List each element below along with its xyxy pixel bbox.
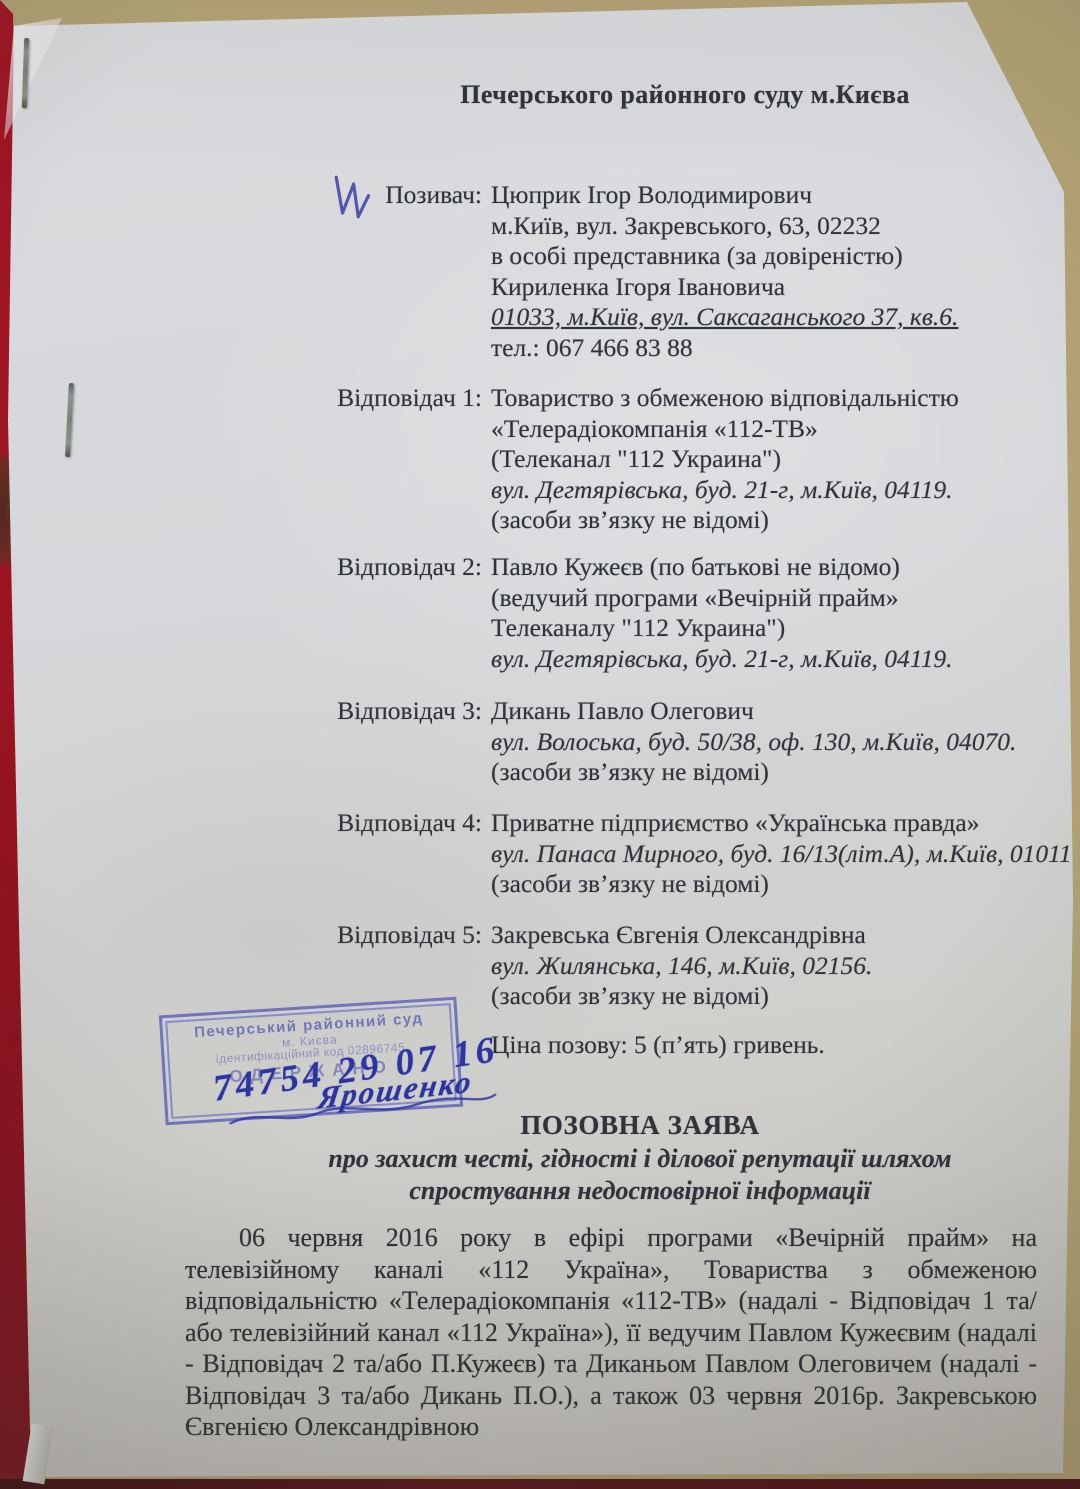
plaintiff-representative-name: Кириленка Ігоря Івановича xyxy=(491,272,1050,303)
body-paragraph: 06 червня 2016 року в ефірі програми «Ве… xyxy=(185,1222,1037,1443)
plaintiff-representative-address: 01033, м.Київ, вул. Саксаганського 37, к… xyxy=(491,302,1050,333)
defendant-1-name: Товариство з обмеженою відповідальністю xyxy=(491,383,1050,414)
defendant-4-label: Відповідач 4: xyxy=(330,808,491,900)
defendant-3-name: Дикань Павло Олегович xyxy=(491,696,1050,727)
defendant-5-label: Відповідач 5: xyxy=(330,920,491,1012)
claim-price: Ціна позову: 5 (п’ять) гривень. xyxy=(491,1030,825,1060)
defendant-3-block: Відповідач 3: Дикань Павло Олегович вул.… xyxy=(330,696,1050,788)
defendant-2-role: (ведучий програми «Вечірній прайм» xyxy=(491,583,1050,614)
document-content: Печерського районного суду м.Києва Позив… xyxy=(0,0,1080,1489)
document-subtitle-line1: про захист честі, гідності і ділової реп… xyxy=(215,1143,1065,1175)
document-subtitle-line2: спростування недостовірної інформації xyxy=(215,1175,1065,1207)
photo-frame: Печерського районного суду м.Києва Позив… xyxy=(0,0,1080,1489)
defendant-3-address: вул. Волоська, буд. 50/38, оф. 130, м.Ки… xyxy=(491,727,1050,758)
defendant-2-label: Відповідач 2: xyxy=(330,552,491,674)
plaintiff-phone: тел.: 067 466 83 88 xyxy=(491,333,1050,364)
defendant-1-company: «Телерадіокомпанія «112-ТВ» xyxy=(491,414,1050,445)
plaintiff-address: м.Київ, вул. Закревського, 63, 02232 xyxy=(491,211,1050,242)
plaintiff-representative-intro: в особі представника (за довіреністю) xyxy=(491,241,1050,272)
defendant-1-channel: (Телеканал "112 Украина") xyxy=(491,444,1050,475)
defendant-2-address: вул. Дегтярівська, буд. 21-г, м.Київ, 04… xyxy=(491,644,1050,675)
defendant-4-contacts: (засоби зв’язку не відомі) xyxy=(491,869,1072,900)
defendant-4-block: Відповідач 4: Приватне підприємство «Укр… xyxy=(330,808,1050,900)
defendant-1-address: вул. Дегтярівська, буд. 21-г, м.Київ, 04… xyxy=(491,475,1050,506)
defendant-3-contacts: (засоби зв’язку не відомі) xyxy=(491,757,1050,788)
defendant-5-contacts: (засоби зв’язку не відомі) xyxy=(491,981,1050,1012)
defendant-1-label: Відповідач 1: xyxy=(330,383,491,536)
defendant-1-block: Відповідач 1: Товариство з обмеженою від… xyxy=(330,383,1050,536)
defendant-4-name: Приватне підприємство «Українська правда… xyxy=(491,808,1072,839)
handwritten-check-mark-icon xyxy=(328,172,375,227)
court-header: Печерського районного суду м.Києва xyxy=(330,80,1040,110)
defendant-2-block: Відповідач 2: Павло Кужеєв (по батькові … xyxy=(330,552,1050,674)
defendant-5-name: Закревська Євгенія Олександрівна xyxy=(491,920,1050,951)
defendant-1-contacts: (засоби зв’язку не відомі) xyxy=(491,505,1050,536)
plaintiff-block: Позивач: Цюприк Ігор Володимирович м.Киї… xyxy=(330,180,1050,363)
defendant-2-channel: Телеканалу "112 Украина") xyxy=(491,613,1050,644)
defendant-2-name: Павло Кужеєв (по батькові не відомо) xyxy=(491,552,1050,583)
plaintiff-name: Цюприк Ігор Володимирович xyxy=(491,180,1050,211)
defendant-5-address: вул. Жилянська, 146, м.Київ, 02156. xyxy=(491,951,1050,982)
defendant-4-address: вул. Панаса Мирного, буд. 16/13(літ.А), … xyxy=(491,839,1072,870)
defendant-3-label: Відповідач 3: xyxy=(330,696,491,788)
